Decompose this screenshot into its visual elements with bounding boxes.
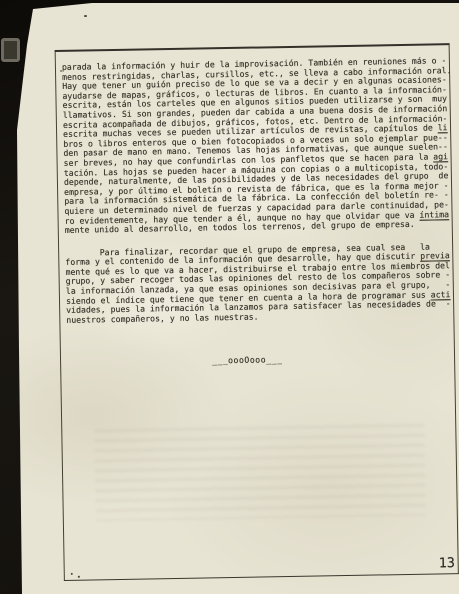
scan-speck [84,15,87,17]
page-content: parada la información y huir de la impro… [0,0,459,594]
paragraph-continued: parada la información y huir de la impro… [62,56,451,235]
scan-speck [71,573,73,575]
scan-speck [60,70,62,72]
scanner-background: parada la información y huir de la impro… [0,0,459,594]
paragraph-closing: Para finalizar, recordar que el grupo de… [65,242,452,325]
bleed-through-artifact [94,424,426,522]
page-number: 13 [439,557,455,570]
scan-speck [78,576,80,578]
page-text: parada la información y huir de la impro… [62,56,453,369]
